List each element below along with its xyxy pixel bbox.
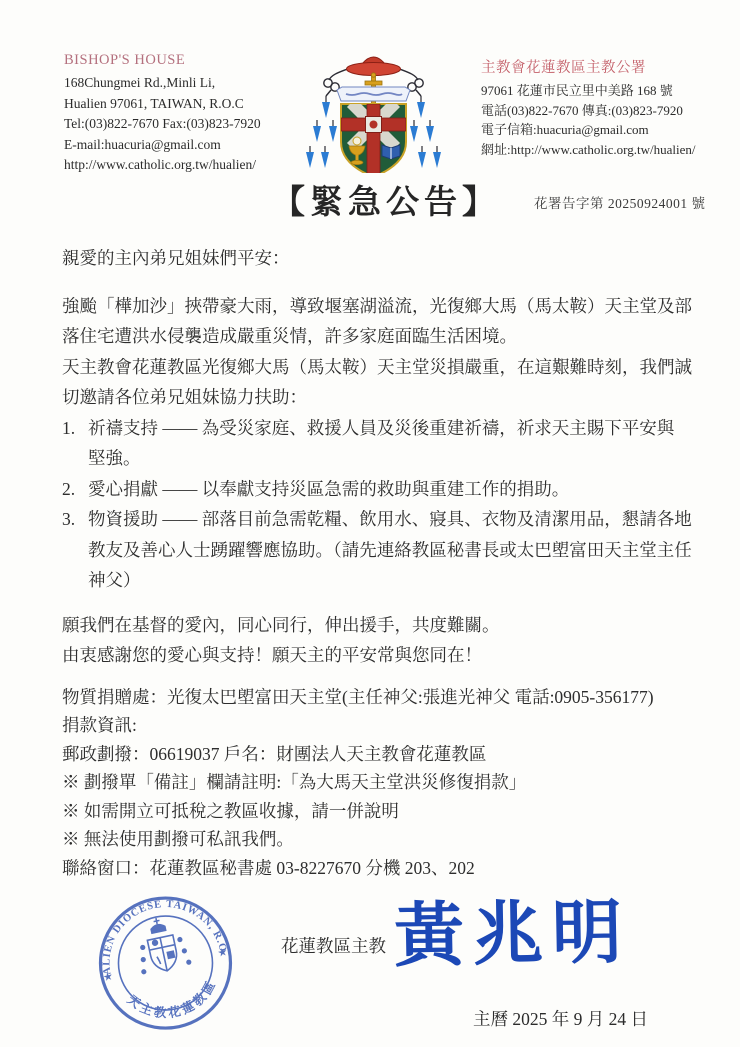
contact-window: 聯絡窗口：花蓮教區秘書處 03-8227670 分機 203、202 bbox=[62, 854, 702, 883]
paragraph-appeal: 天主教會花蓮教區光復鄉大馬（馬太鞍）天主堂災損嚴重，在這艱難時刻，我們誠 切邀請… bbox=[62, 352, 702, 413]
list-item-text: 祈禱支持 —— 為受災家庭、救援人員及災後重建祈禱，祈求天主賜下平安與 堅強。 bbox=[88, 413, 702, 474]
donation-info-label: 捐款資訊: bbox=[62, 711, 702, 740]
list-item-text: 物資援助 —— 部落目前急需乾糧、飲用水、寢具、衣物及清潔用品，懇請各地 教友及… bbox=[88, 504, 702, 596]
signer-title: 花蓮教區主教 bbox=[281, 933, 386, 958]
closing-line-1: 願我們在基督的愛內，同心同行，伸出援手，共度難關。 bbox=[62, 610, 702, 641]
letter-body: 親愛的主內弟兄姐妹們平安： 強颱「樺加沙」挾帶豪大雨，導致堰塞湖溢流，光復鄉大馬… bbox=[62, 243, 702, 882]
curia-title: 主教會花蓮教區主教公署 bbox=[481, 56, 711, 77]
list-item: 2. 愛心捐獻 —— 以奉獻支持災區急需的救助與重建工作的捐助。 bbox=[62, 474, 702, 505]
list-item: 3. 物資援助 —— 部落目前急需乾糧、飲用水、寢具、衣物及清潔用品，懇請各地 … bbox=[62, 504, 702, 596]
bishop-signature: 黃兆明 bbox=[393, 886, 632, 981]
closing-line-2: 由衷感謝您的愛心與支持！願天主的平安常與您同在！ bbox=[62, 640, 702, 671]
center-emblem bbox=[370, 121, 378, 129]
paragraph-disaster-description: 強颱「樺加沙」挾帶豪大雨，導致堰塞湖溢流，光復鄉大馬（馬太鞍）天主堂及部 落住宅… bbox=[62, 291, 702, 352]
bishops-house-address-lines: 168Chungmei Rd.,Minli Li, Hualien 97061,… bbox=[64, 73, 299, 176]
crest-shield bbox=[341, 98, 406, 173]
donation-place: 物質捐贈處：光復太巴塱富田天主堂(主任神父:張進光神父 電話:0905-3561… bbox=[62, 683, 702, 712]
list-item: 1. 祈禱支持 —— 為受災家庭、救援人員及災後重建祈禱，祈求天主賜下平安與 堅… bbox=[62, 413, 702, 474]
diocese-seal-stamp: HUALIEN DIOCESE TAIWAN, R.O.C. 天主教花蓮教區 ★… bbox=[82, 880, 249, 1047]
notice-title: 【緊急公告】 bbox=[272, 176, 500, 223]
salutation: 親愛的主內弟兄姐妹們平安： bbox=[62, 243, 702, 274]
list-item-number: 3. bbox=[62, 504, 88, 596]
aid-request-list: 1. 祈禱支持 —— 為受災家庭、救援人員及災後重建祈禱，祈求天主賜下平安與 堅… bbox=[62, 413, 702, 596]
letter-date: 主曆 2025 年 9 月 24 日 bbox=[473, 1006, 648, 1031]
curia-address-lines: 97061 花蓮市民立里中美路 168 號 電話(03)822-7670 傳真:… bbox=[481, 81, 711, 159]
donation-info-block: 物質捐贈處：光復太巴塱富田天主堂(主任神父:張進光神父 電話:0905-3561… bbox=[62, 683, 702, 883]
diocese-coat-of-arms-icon bbox=[302, 28, 445, 178]
notice-reference-number: 花署告字第 20250924001 號 bbox=[534, 192, 706, 212]
donation-note: ※ 無法使用劃撥可私訊我們。 bbox=[62, 825, 702, 854]
galero-tassels-right bbox=[410, 96, 441, 168]
list-item-number: 1. bbox=[62, 413, 88, 474]
curia-address-block: 主教會花蓮教區主教公署 97061 花蓮市民立里中美路 168 號 電話(03)… bbox=[481, 56, 711, 159]
list-item-text: 愛心捐獻 —— 以奉獻支持災區急需的救助與重建工作的捐助。 bbox=[88, 474, 702, 505]
donation-note: ※ 劃撥單「備註」欄請註明:「為大馬天主堂洪災修復捐款」 bbox=[62, 768, 702, 797]
postal-transfer-info: 郵政劃撥：06619037 戶名：財團法人天主教會花蓮教區 bbox=[62, 740, 702, 769]
bishops-house-address-block: BISHOP'S HOUSE 168Chungmei Rd.,Minli Li,… bbox=[64, 52, 299, 176]
closing-block: 願我們在基督的愛內，同心同行，伸出援手，共度難關。 由衷感謝您的愛心與支持！願天… bbox=[62, 610, 702, 671]
list-item-number: 2. bbox=[62, 474, 88, 505]
galero-tassels-left bbox=[306, 96, 337, 168]
bishops-house-title: BISHOP'S HOUSE bbox=[64, 52, 299, 69]
announcement-letter: BISHOP'S HOUSE 168Chungmei Rd.,Minli Li,… bbox=[0, 0, 740, 1047]
donation-note: ※ 如需開立可抵稅之教區收據，請一併說明 bbox=[62, 797, 702, 826]
motto-banner bbox=[337, 87, 410, 101]
